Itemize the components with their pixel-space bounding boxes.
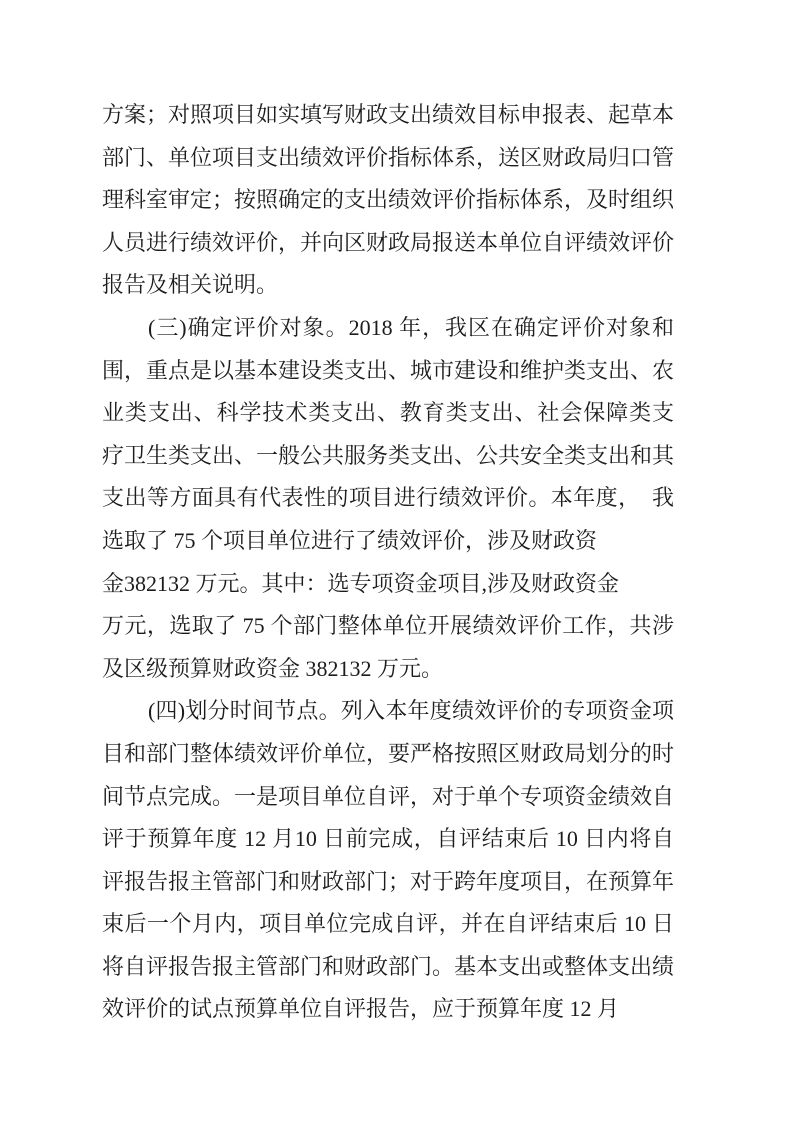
text-line: 效评价的试点预算单位自评报告，应于预算年度 12 月 — [102, 988, 674, 1031]
text-line: 报告及相关说明。 — [102, 264, 674, 307]
paragraph: (三)确定评价对象。2018 年，我区在确定评价对象和范围，重点是以基本建设类支… — [102, 307, 674, 690]
text-line: 将自评报告报主管部门和财政部门。基本支出或整体支出绩 — [102, 946, 674, 989]
text-line: 人员进行绩效评价，并向区财政局报送本单位自评绩效评价 — [102, 222, 674, 265]
text-line: 疗卫生类支出、一般公共服务类支出、公共安全类支出和其他 — [102, 435, 674, 478]
document-page: 方案；对照项目如实填写财政支出绩效目标申报表、起草本部门、单位项目支出绩效评价指… — [0, 0, 793, 1122]
text-line: 及区级预算财政资金 382132 万元。 — [102, 648, 674, 691]
text-line: 金382132 万元。其中：选专项资金项目,涉及财政资金224344 — [102, 563, 674, 606]
text-line: 方案；对照项目如实填写财政支出绩效目标申报表、起草本 — [102, 94, 674, 137]
text-line: 支出等方面具有代表性的项目进行绩效评价。本年度， 我区共 — [102, 477, 674, 520]
text-line: 业类支出、科学技术类支出、教育类支出、社会保障类支出、 医 — [102, 392, 674, 435]
text-line: 评报告报主管部门和财政部门；对于跨年度项目，在预算年 度结 — [102, 861, 674, 904]
text-line: (四)划分时间节点。列入本年度绩效评价的专项资金项 — [102, 690, 674, 733]
text-line: 评于预算年度 12 月10 日前完成，自评结束后 10 日内将自 — [102, 818, 674, 861]
text-line: 目和部门整体绩效评价单位，要严格按照区财政局划分的时 — [102, 733, 674, 776]
text-line: (三)确定评价对象。2018 年，我区在确定评价对象和范 — [102, 307, 674, 350]
text-line: 选取了 75 个项目单位进行了绩效评价，涉及财政资 — [102, 520, 674, 563]
text-line: 部门、单位项目支出绩效评价指标体系，送区财政局归口管 — [102, 137, 674, 180]
text-line: 理科室审定；按照确定的支出绩效评价指标体系，及时组织 — [102, 179, 674, 222]
text-line: 围，重点是以基本建设类支出、城市建设和维护类支出、农 — [102, 350, 674, 393]
paragraph: 方案；对照项目如实填写财政支出绩效目标申报表、起草本部门、单位项目支出绩效评价指… — [102, 94, 674, 307]
paragraph: (四)划分时间节点。列入本年度绩效评价的专项资金项目和部门整体绩效评价单位，要严… — [102, 690, 674, 1031]
text-line: 束后一个月内，项目单位完成自评，并在自评结束后 10 日内 — [102, 903, 674, 946]
text-line: 万元，选取了 75 个部门整体单位开展绩效评价工作，共涉 — [102, 605, 674, 648]
text-line: 间节点完成。一是项目单位自评，对于单个专项资金绩效自 — [102, 776, 674, 819]
document-content: 方案；对照项目如实填写财政支出绩效目标申报表、起草本部门、单位项目支出绩效评价指… — [102, 94, 674, 1031]
